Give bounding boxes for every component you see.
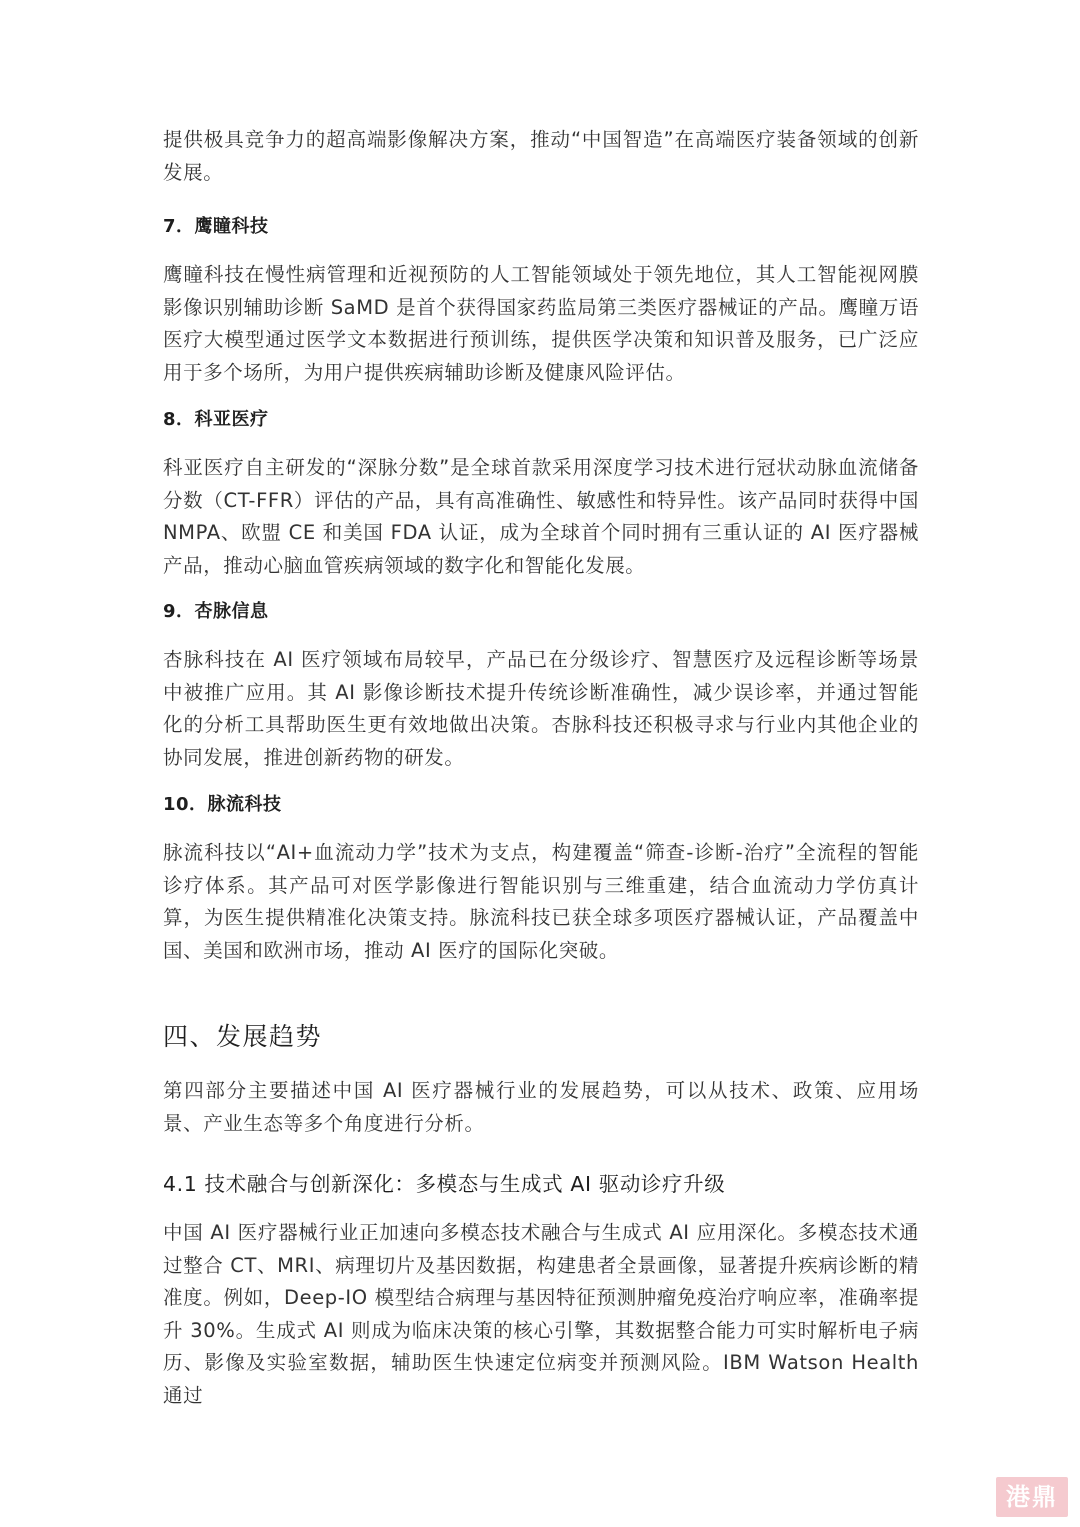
company-section-10: 10．脉流科技 <box>163 791 919 819</box>
subsection-4-1-body: 中国 AI 医疗器械行业正加速向多模态技术融合与生成式 AI 应用深化。多模态技… <box>163 1217 919 1412</box>
watermark-seal: 港鼎 <box>996 1477 1068 1517</box>
paragraph-text: 科亚医疗自主研发的“深脉分数”是全球首款采用深度学习技术进行冠状动脉血流储备分数… <box>163 452 919 582</box>
company-heading: 10．脉流科技 <box>163 791 919 819</box>
paragraph-text: 杏脉科技在 AI 医疗领域布局较早，产品已在分级诊疗、智慧医疗及远程诊断等场景中… <box>163 644 919 774</box>
watermark-text: 港鼎 <box>1006 1485 1058 1509</box>
company-body-8: 科亚医疗自主研发的“深脉分数”是全球首款采用深度学习技术进行冠状动脉血流储备分数… <box>163 452 919 582</box>
company-heading: 7．鹰瞳科技 <box>163 213 919 241</box>
section-4-intro: 第四部分主要描述中国 AI 医疗器械行业的发展趋势，可以从技术、政策、应用场景、… <box>163 1075 919 1140</box>
paragraph-text: 第四部分主要描述中国 AI 医疗器械行业的发展趋势，可以从技术、政策、应用场景、… <box>163 1075 919 1140</box>
company-section-9: 9．杏脉信息 <box>163 598 919 626</box>
subsection-heading: 4.1 技术融合与创新深化：多模态与生成式 AI 驱动诊疗升级 <box>163 1169 919 1199</box>
company-section-7: 7．鹰瞳科技 <box>163 213 919 241</box>
company-heading: 9．杏脉信息 <box>163 598 919 626</box>
paragraph-text: 提供极具竞争力的超高端影像解决方案，推动“中国智造”在高端医疗装备领域的创新发展… <box>163 124 919 189</box>
intro-continuation-paragraph: 提供极具竞争力的超高端影像解决方案，推动“中国智造”在高端医疗装备领域的创新发展… <box>163 124 919 189</box>
company-body-10: 脉流科技以“AI+血流动力学”技术为支点，构建覆盖“筛查-诊断-治疗”全流程的智… <box>163 837 919 967</box>
paragraph-text: 中国 AI 医疗器械行业正加速向多模态技术融合与生成式 AI 应用深化。多模态技… <box>163 1217 919 1412</box>
company-heading: 8．科亚医疗 <box>163 406 919 434</box>
section-4-heading-block: 四、发展趋势 <box>163 1019 919 1055</box>
paragraph-text: 鹰瞳科技在慢性病管理和近视预防的人工智能领域处于领先地位，其人工智能视网膜影像识… <box>163 259 919 389</box>
company-body-7: 鹰瞳科技在慢性病管理和近视预防的人工智能领域处于领先地位，其人工智能视网膜影像识… <box>163 259 919 389</box>
subsection-4-1-heading-block: 4.1 技术融合与创新深化：多模态与生成式 AI 驱动诊疗升级 <box>163 1169 919 1199</box>
company-section-8: 8．科亚医疗 <box>163 406 919 434</box>
section-heading: 四、发展趋势 <box>163 1019 919 1055</box>
paragraph-text: 脉流科技以“AI+血流动力学”技术为支点，构建覆盖“筛查-诊断-治疗”全流程的智… <box>163 837 919 967</box>
company-body-9: 杏脉科技在 AI 医疗领域布局较早，产品已在分级诊疗、智慧医疗及远程诊断等场景中… <box>163 644 919 774</box>
